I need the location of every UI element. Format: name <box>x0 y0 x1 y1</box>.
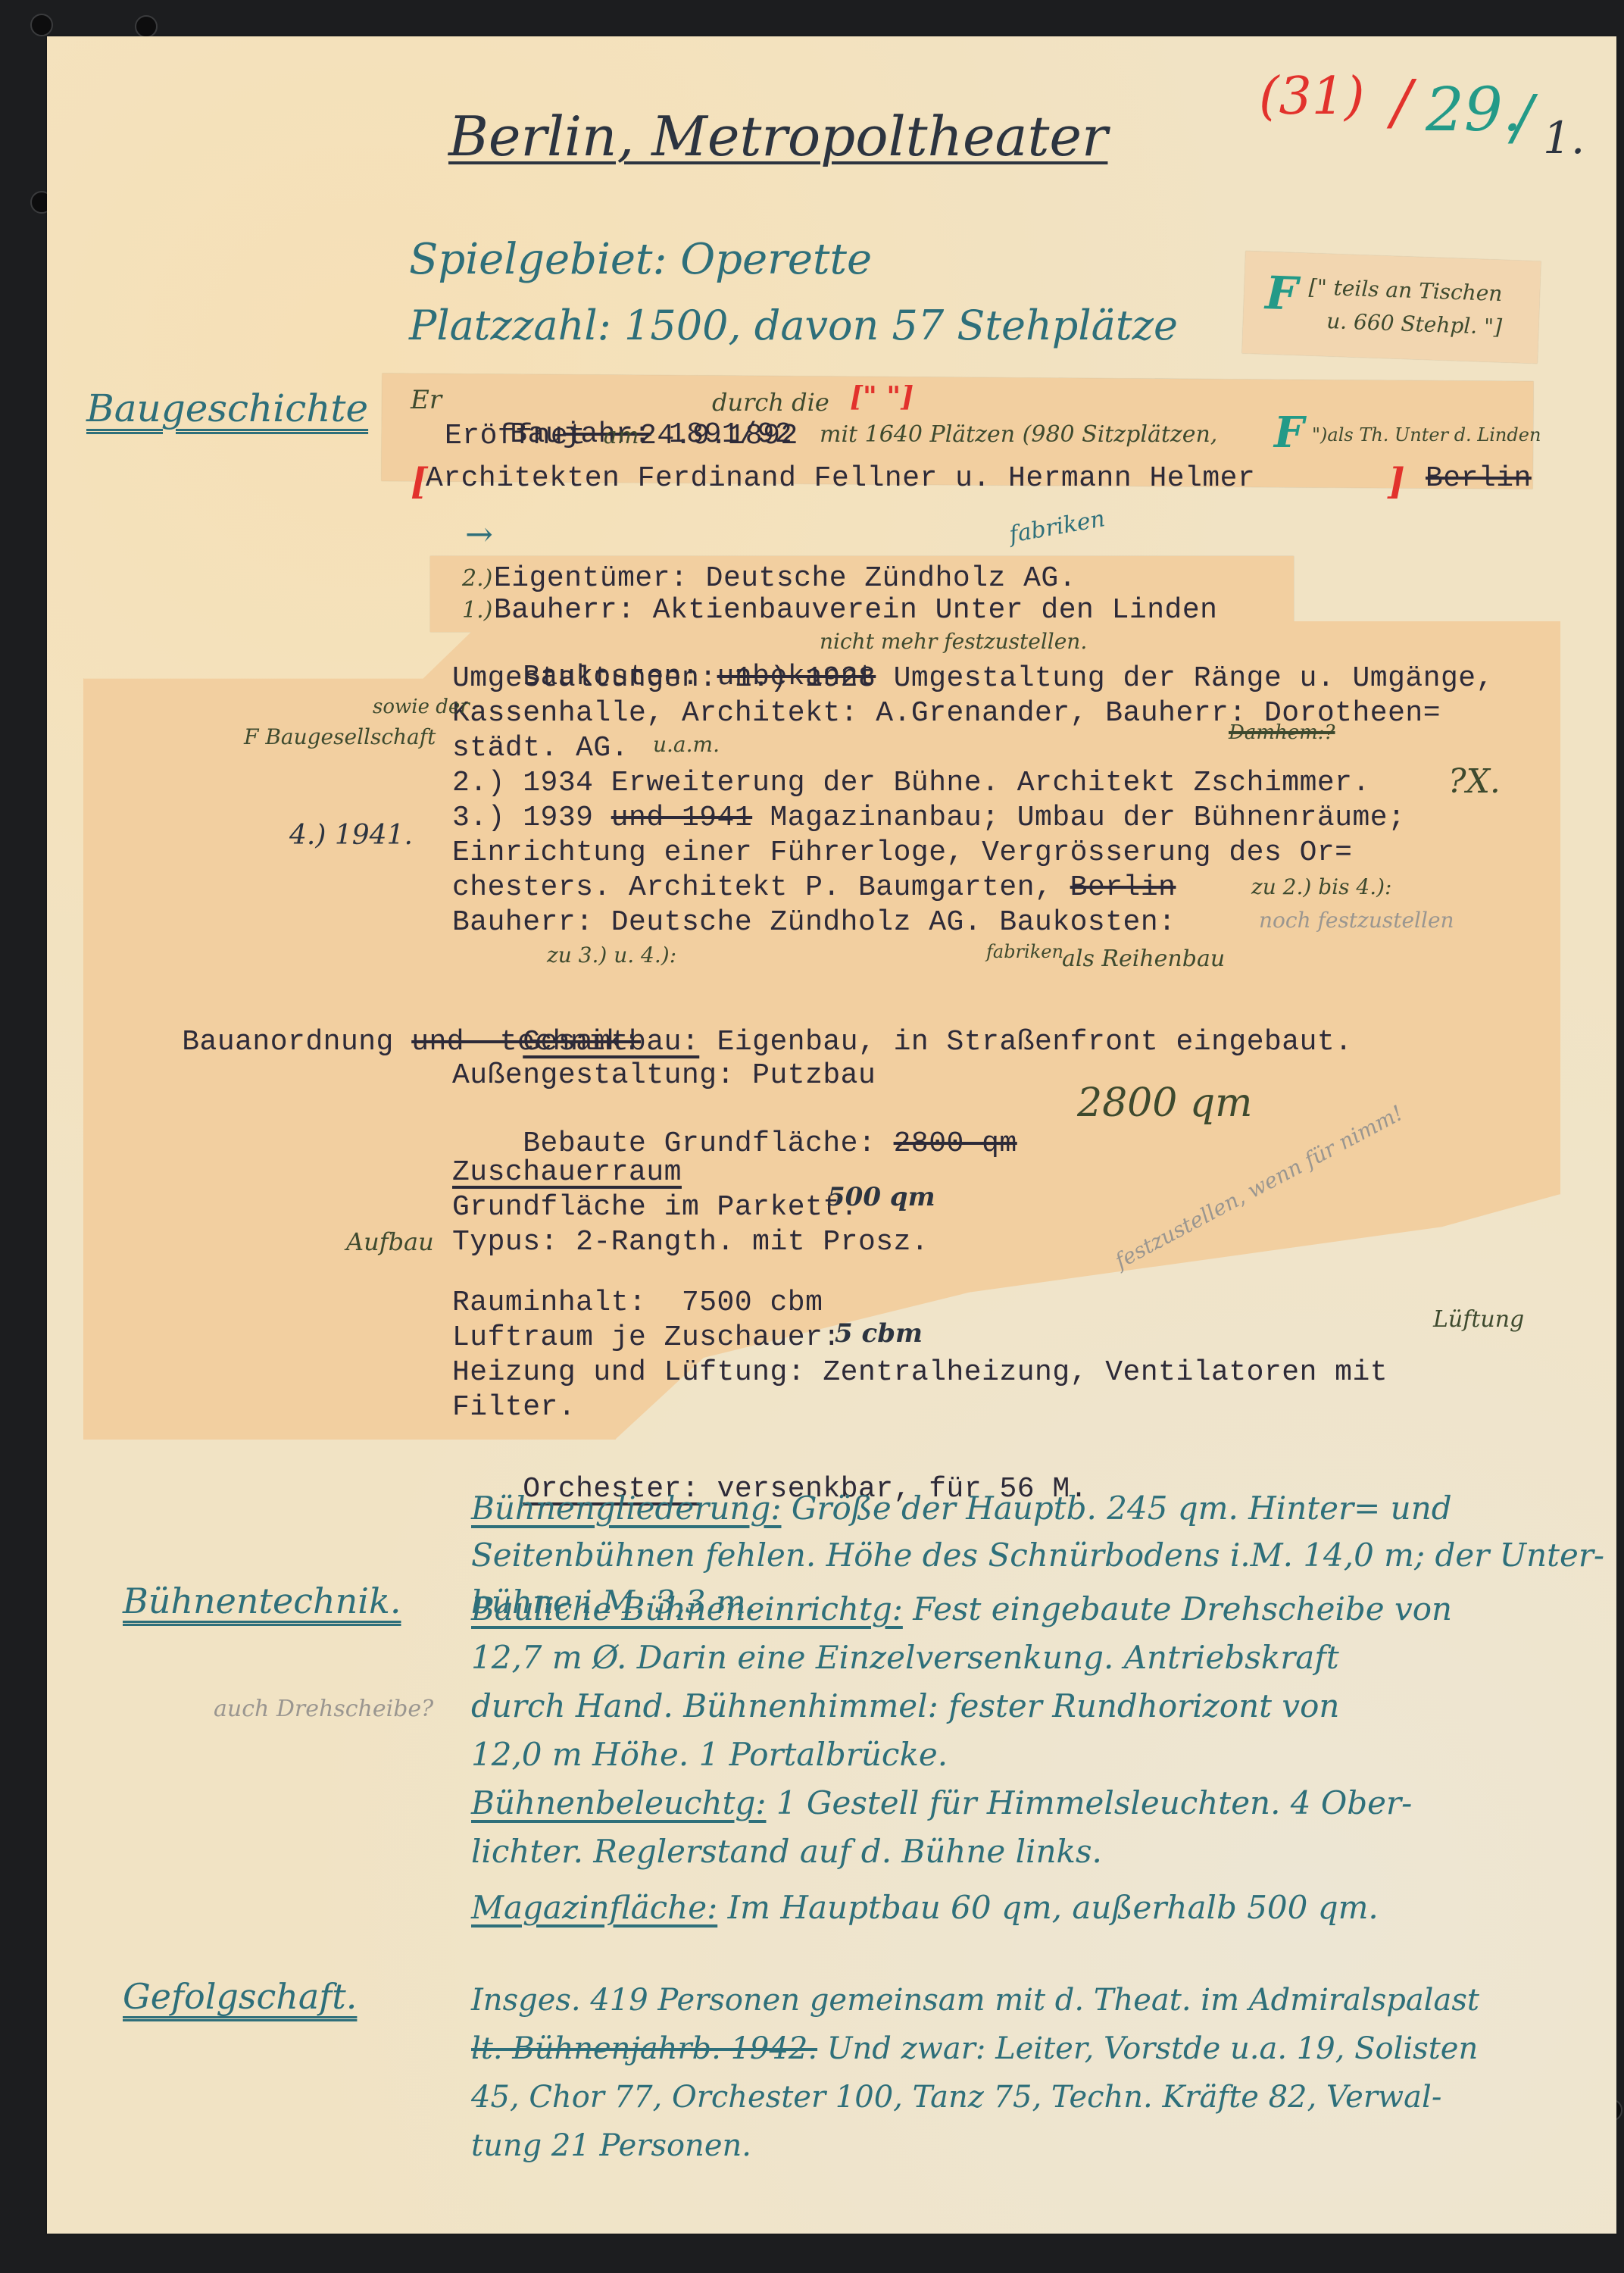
gefolgschaft-line-1: Insges. 419 Personen gemeinsam mit d. Th… <box>471 1976 1479 2024</box>
beleuchtung-line-2: lichter. Reglerstand auf d. Bühne links. <box>471 1827 1452 1876</box>
eigentuemer-line: Eigentümer: Deutsche Zündholz AG. <box>494 562 1076 596</box>
bauliche-block: Bauliche Bühneneinrichtg: Fest eingebaut… <box>471 1585 1452 1932</box>
magazin-heading: Magazinfläche: <box>471 1889 717 1926</box>
bauliche-line-4: 12,0 m Höhe. 1 Portalbrücke. <box>471 1731 1452 1779</box>
page-number-teal: 29. <box>1426 74 1522 145</box>
arrow-icon: → <box>465 515 493 554</box>
document-page: Berlin, Metropoltheater (31) / 29. / 1. … <box>47 36 1616 2234</box>
page-number-dark: 1. <box>1543 112 1585 164</box>
pencil-margin-drehscheibe: auch Drehscheibe? <box>214 1696 433 1722</box>
struck-1941: und 1941 <box>611 802 752 834</box>
note-slip: F [" teils an Tischen u. 660 Stehpl. "] <box>1242 251 1541 364</box>
num4-note: 4.) 1941. <box>289 820 413 851</box>
grundflaeche-label: Bebaute Grundfläche: <box>523 1127 876 1160</box>
red-bracket: [" "] <box>850 381 913 413</box>
section-label-buehnentechnik: Bühnentechnik. <box>123 1580 401 1621</box>
eroeffnet-hand-end: ")als Th. Unter d. Linden <box>1312 424 1541 446</box>
reihenbau-note: als Reihenbau <box>1062 946 1225 972</box>
binder-hole <box>30 14 53 36</box>
zuschauerraum-heading: Zuschauerraum <box>452 1156 682 1190</box>
bauanordnung-label: Bauanordnung <box>182 1026 394 1058</box>
note-line-2: u. 660 Stehpl. "] <box>1326 308 1503 339</box>
slash-teal: / <box>1513 82 1533 152</box>
gesamtbau-heading: Gesamtbau: <box>523 1026 699 1058</box>
f-marker: F <box>1264 267 1298 320</box>
eigentuemer-number: 2.) <box>462 565 492 592</box>
sowie-note: sowie der <box>373 696 470 718</box>
parkett-line: Grundfläche im Parkett: <box>452 1191 858 1224</box>
umgestaltung-line-5: 3.) 1939 und 1941 Magazinanbau; Umbau de… <box>452 802 1405 835</box>
luftraum-hand: 5 cbm <box>835 1318 923 1349</box>
pencil-note-baukosten: noch festzustellen <box>1259 908 1454 933</box>
page-title: Berlin, Metropoltheater <box>448 105 1107 168</box>
bauliche-line-1: Fest eingebaute Drehscheibe von <box>913 1590 1452 1627</box>
gefolgschaft-line-2: lt. Bühnenjahrb. 1942. Und zwar: Leiter,… <box>471 2024 1479 2073</box>
baukosten-hand: nicht mehr festzustellen. <box>820 629 1087 654</box>
x-mark: ?X. <box>1448 762 1501 801</box>
umgestaltung-line-6: Einrichtung einer Führerloge, Vergrösser… <box>452 836 1353 870</box>
umgestaltung-line-4: 2.) 1934 Erweiterung der Bühne. Architek… <box>452 767 1370 800</box>
eroeffnet-line: Eröffnet am24.9.1892 <box>445 420 798 453</box>
aussengestaltung-line: Außengestaltung: Putzbau <box>452 1059 876 1093</box>
zu3bis4-note: zu 3.) u. 4.): <box>547 943 676 968</box>
baugesellschaft-note: F Baugesellschaft <box>244 724 436 749</box>
bauliche-heading: Bauliche Bühneneinrichtg: <box>471 1590 903 1627</box>
binder-hole <box>135 15 158 38</box>
typus-line: Typus: 2-Rangth. mit Prosz. <box>452 1226 929 1259</box>
fabriken-below: fabriken <box>986 941 1063 962</box>
zu2bis4-note: zu 2.) bis 4.): <box>1251 874 1391 899</box>
note-line-1: [" teils an Tischen <box>1308 274 1503 306</box>
slash-red: / <box>1391 67 1412 137</box>
filter-line: Filter. <box>452 1391 576 1424</box>
struck-berlin: Berlin <box>1070 871 1176 904</box>
page-number-red: (31) <box>1259 67 1365 127</box>
rauminhalt-line: Rauminhalt: 7500 cbm <box>452 1287 823 1320</box>
red-bracket-close: ] <box>1388 461 1405 503</box>
uam-note: u.a.m. <box>653 732 720 757</box>
gefolgschaft-line-3: 45, Chor 77, Orchester 100, Tanz 75, Tec… <box>471 2073 1479 2121</box>
gesamtbau-value: Eigenbau, in Straßenfront eingebaut. <box>717 1026 1353 1058</box>
aufbau-note: Aufbau <box>346 1227 434 1256</box>
architekten-struck: Berlin <box>1426 462 1532 496</box>
grundflaeche-hand: 2800 qm <box>1077 1080 1252 1126</box>
bauliche-line-2: 12,7 m Ø. Darin eine Einzelversenkung. A… <box>471 1634 1452 1682</box>
umgestaltung-line-3: städt. AG. <box>452 732 629 765</box>
umgestaltung-line-7: chesters. Architekt P. Baumgarten, Berli… <box>452 871 1176 905</box>
platzzahl: Platzzahl: 1500, davon 57 Stehplätze <box>409 302 1178 349</box>
eroeffnet-am: am <box>604 423 639 449</box>
gefolgschaft-struck: lt. Bühnenjahrb. 1942. <box>471 2031 817 2066</box>
teal-f-marker: F <box>1274 408 1304 458</box>
baujahr-hand-note: durch die <box>712 388 829 417</box>
fabriken-note: fabriken <box>1007 505 1107 549</box>
lueftung-note: Lüftung <box>1433 1306 1524 1333</box>
bauherr-number: 1.) <box>462 597 492 624</box>
gefolgschaft-block: Insges. 419 Personen gemeinsam mit d. Th… <box>471 1976 1479 2170</box>
umgestaltung-line-8: Bauherr: Deutsche Zündholz AG. Baukosten… <box>452 906 1176 940</box>
spielgebiet: Spielgebiet: Operette <box>409 235 872 284</box>
umgestaltung-line-1: Umgestaltungen: 1.) 1928 Umgestaltung de… <box>452 662 1494 696</box>
beleuchtung-line-1: 1 Gestell für Himmelsleuchten. 4 Ober- <box>776 1784 1412 1821</box>
eroeffnet-hand-note: mit 1640 Plätzen (980 Sitzplätzen, <box>820 421 1217 448</box>
baujahr-prefix: Er <box>411 385 442 415</box>
grundflaeche-struck: 2800 qm <box>894 1127 1017 1160</box>
luftraum-line: Luftraum je Zuschauer: <box>452 1321 841 1355</box>
buehnengliederung-line-2: Seitenbühnen fehlen. Höhe des Schnürbode… <box>471 1532 1604 1579</box>
beleuchtung-heading: Bühnenbeleuchtg: <box>471 1784 766 1821</box>
buehnengliederung-heading: Bühnengliederung: <box>471 1490 781 1527</box>
magazin-text: Im Hauptbau 60 qm, außerhalb 500 qm. <box>728 1889 1379 1926</box>
bauliche-line-3: durch Hand. Bühnenhimmel: fester Rundhor… <box>471 1682 1452 1731</box>
buehnengliederung-line-1: Größe der Hauptb. 245 qm. Hinter= und <box>792 1490 1452 1527</box>
gefolgschaft-line-4: tung 21 Personen. <box>471 2121 1479 2170</box>
heizung-line: Heizung und Lüftung: Zentralheizung, Ven… <box>452 1356 1388 1390</box>
parkett-hand: 500 qm <box>827 1182 935 1212</box>
section-label-gefolgschaft: Gefolgschaft. <box>123 1976 357 2017</box>
struck-hand-note: Damhem:? <box>1229 721 1335 744</box>
section-label-baugeschichte: Baugeschichte <box>86 386 368 430</box>
architekten-line: Architekten Ferdinand Fellner u. Hermann… <box>426 462 1255 496</box>
